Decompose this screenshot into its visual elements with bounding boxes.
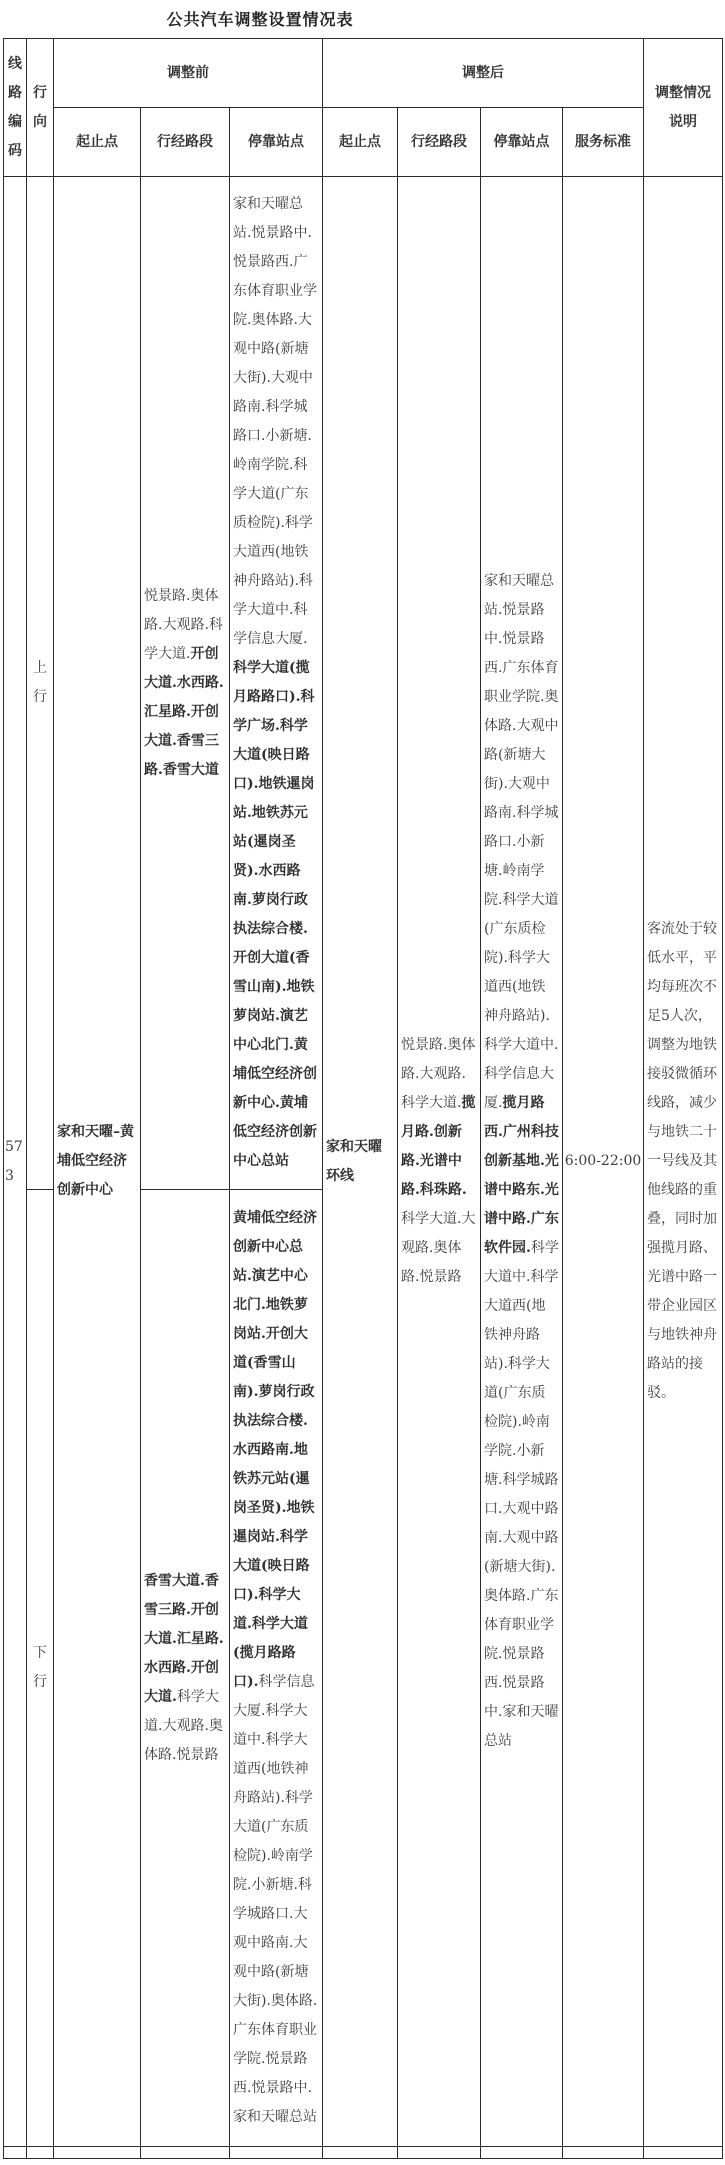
cell-direction-up: 上行 bbox=[27, 177, 54, 1190]
header-before-stops: 停靠站点 bbox=[230, 108, 323, 177]
header-line-code: 线路编码 bbox=[4, 39, 27, 177]
header-after-group: 调整后 bbox=[323, 39, 644, 108]
cutoff-cell bbox=[141, 2147, 230, 2159]
cell-after-stops: 家和天曜总站.悦景路中.悦景路西.广东体育职业学院.奥体路.大观中路(新塘大街)… bbox=[481, 177, 563, 2147]
cutoff-row bbox=[4, 2147, 723, 2159]
stops-segment-bold: 黄埔低空经济创新中心总站.演艺中心北门.地铁萝岗站.开创大道(香雪山南).萝岗行… bbox=[233, 1210, 317, 1690]
cell-line-code: 573 bbox=[4, 177, 27, 2147]
cell-direction-down: 下行 bbox=[27, 1190, 54, 2147]
header-service-standard: 服务标准 bbox=[563, 108, 644, 177]
header-before-start-end: 起止点 bbox=[54, 108, 141, 177]
header-after-stops: 停靠站点 bbox=[481, 108, 563, 177]
header-adjustment-note: 调整情况说明 bbox=[644, 39, 723, 177]
cell-before-route-up: 悦景路.奥体路.大观路.科学大道.开创大道.水西路.汇星路.开创大道.香雪三路.… bbox=[141, 177, 230, 1190]
cell-before-route-down: 香雪大道.香雪三路.开创大道.汇星路.水西路.开创大道.科学大道.大观路.奥体路… bbox=[141, 1190, 230, 2147]
cutoff-cell bbox=[230, 2147, 323, 2159]
stops-segment-regular: 家和天曜总站.悦景路中.悦景路西.广东体育职业学院.奥体路.大观中路(新塘大街)… bbox=[233, 196, 317, 647]
route-segment-bold: 开创大道.水西路.汇星路.开创大道.香雪三路.香雪大道 bbox=[144, 646, 224, 778]
cutoff-cell bbox=[27, 2147, 54, 2159]
cell-adjustment-note: 客流处于较低水平，平均每班次不足5人次，调整为地铁接驳微循环线路，减少与地铁二十… bbox=[644, 177, 723, 2147]
stops-segment-regular: 科学大道中.科学大道西(地铁神舟路站).科学大道(广东质检院).岭南学院.小新塘… bbox=[484, 1240, 559, 1749]
stops-segment-regular: 家和天曜总站.悦景路中.悦景路西.广东体育职业学院.奥体路.大观中路(新塘大街)… bbox=[484, 573, 558, 1111]
cutoff-cell bbox=[481, 2147, 563, 2159]
header-direction: 行向 bbox=[27, 39, 54, 177]
cutoff-cell bbox=[54, 2147, 141, 2159]
cell-after-route: 悦景路.奥体路.大观路.科学大道.揽月路.创新路.光谱中路.科珠路.科学大道.大… bbox=[398, 177, 481, 2147]
header-before-route: 行经路段 bbox=[141, 108, 230, 177]
route-segment-regular: 科学大道.大观路.奥体路.悦景路 bbox=[401, 1211, 475, 1285]
header-after-route: 行经路段 bbox=[398, 108, 481, 177]
stops-segment-bold: 科学大道(揽月路路口).科学广场.科学大道(映日路口).地铁暹岗站.地铁苏元站(… bbox=[233, 660, 317, 1169]
page-title: 公共汽车调整设置情况表 bbox=[0, 0, 520, 30]
cell-before-start-end: 家和天曜–黄埔低空经济创新中心 bbox=[54, 177, 141, 2147]
bus-adjustment-table: 线路编码 行向 调整前 调整后 调整情况说明 起止点 行经路段 停靠站点 起止点… bbox=[3, 38, 723, 2159]
cell-service-standard: 6:00-22:00 bbox=[563, 177, 644, 2147]
cutoff-cell bbox=[4, 2147, 27, 2159]
cutoff-cell bbox=[644, 2147, 723, 2159]
header-after-start-end: 起止点 bbox=[323, 108, 398, 177]
header-before-group: 调整前 bbox=[54, 39, 323, 108]
route-segment-bold: 香雪大道.香雪三路.开创大道.汇星路.水西路.开创大道. bbox=[144, 1573, 224, 1705]
cell-before-stops-up: 家和天曜总站.悦景路中.悦景路西.广东体育职业学院.奥体路.大观中路(新塘大街)… bbox=[230, 177, 323, 1190]
stops-segment-bold: 揽月路西.广州科技创新基地.光谱中路东.光谱中路.广东软件园. bbox=[484, 1095, 559, 1256]
cutoff-cell bbox=[398, 2147, 481, 2159]
cell-after-start-end: 家和天曜环线 bbox=[323, 177, 398, 2147]
cutoff-cell bbox=[563, 2147, 644, 2159]
cell-before-stops-down: 黄埔低空经济创新中心总站.演艺中心北门.地铁萝岗站.开创大道(香雪山南).萝岗行… bbox=[230, 1190, 323, 2147]
stops-segment-regular: 科学信息大厦.科学大道中.科学大道西(地铁神舟路站).科学大道(广东质检院).岭… bbox=[233, 1674, 317, 2125]
cutoff-cell bbox=[323, 2147, 398, 2159]
